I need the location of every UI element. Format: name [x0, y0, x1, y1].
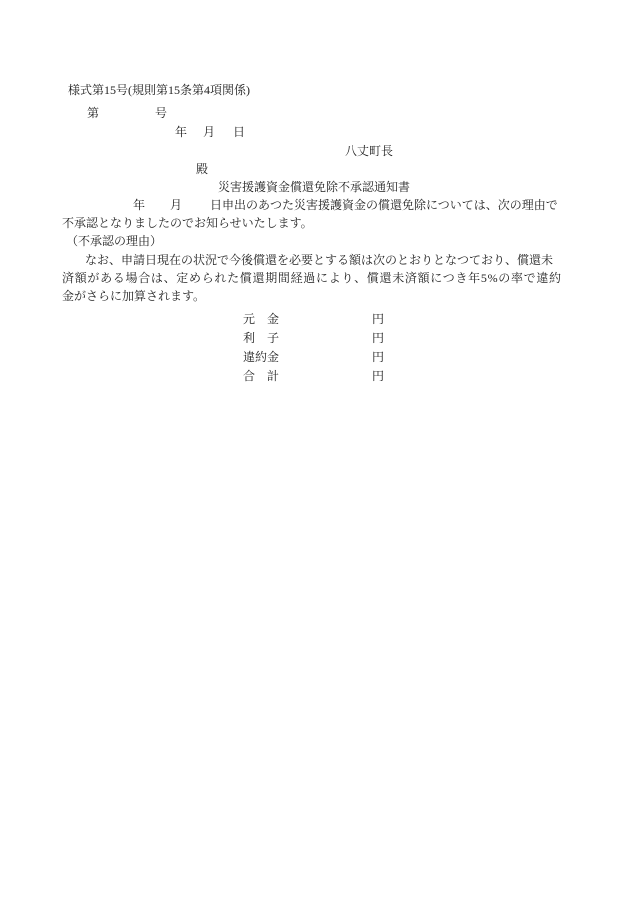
amount-row-total-label: 合 計 [243, 370, 279, 382]
honorific: 殿 [196, 163, 208, 175]
note-line1: なお、申請日現在の状況で今後償還を必要とする額は次のとおりとなつており、償還未 [85, 254, 553, 266]
document-title: 災害援護資金償還免除不承認通知書 [218, 181, 410, 193]
note-line2: 済額がある場合は、定められた償還期間経過により、償還未済額につき年5%の率で違約 [62, 272, 562, 284]
body-month-label: 月 [170, 199, 182, 211]
date-year-label: 年 [175, 126, 187, 138]
body-line2: 不承認となりましたのでお知らせいたします。 [62, 217, 313, 229]
reason-heading: （不承認の理由） [66, 235, 162, 247]
addressee-title: 八丈町長 [345, 145, 393, 157]
amount-row-penalty-unit: 円 [372, 351, 384, 363]
amount-row-penalty-label: 違約金 [243, 351, 279, 363]
doc-number-suffix: 号 [155, 107, 167, 119]
amount-row-interest-label: 利 子 [243, 332, 279, 344]
amount-row-total-unit: 円 [372, 370, 384, 382]
note-line3: 金がさらに加算されます。 [62, 290, 205, 302]
date-day-label: 日 [233, 126, 245, 138]
form-note: 様式第15号(規則第15条第4項関係) [68, 84, 250, 96]
document-page: 様式第15号(規則第15条第4項関係) 第 号 年 月 日 八丈町長 殿 災害援… [0, 0, 630, 903]
amount-row-principal-unit: 円 [372, 313, 384, 325]
amount-row-principal-label: 元 金 [243, 313, 279, 325]
doc-number-prefix: 第 [87, 107, 99, 119]
body-year-label: 年 [133, 199, 145, 211]
date-month-label: 月 [203, 126, 215, 138]
body-line1: 日申出のあつた災害援護資金の償還免除については、次の理由で [210, 199, 558, 211]
amount-row-interest-unit: 円 [372, 332, 384, 344]
